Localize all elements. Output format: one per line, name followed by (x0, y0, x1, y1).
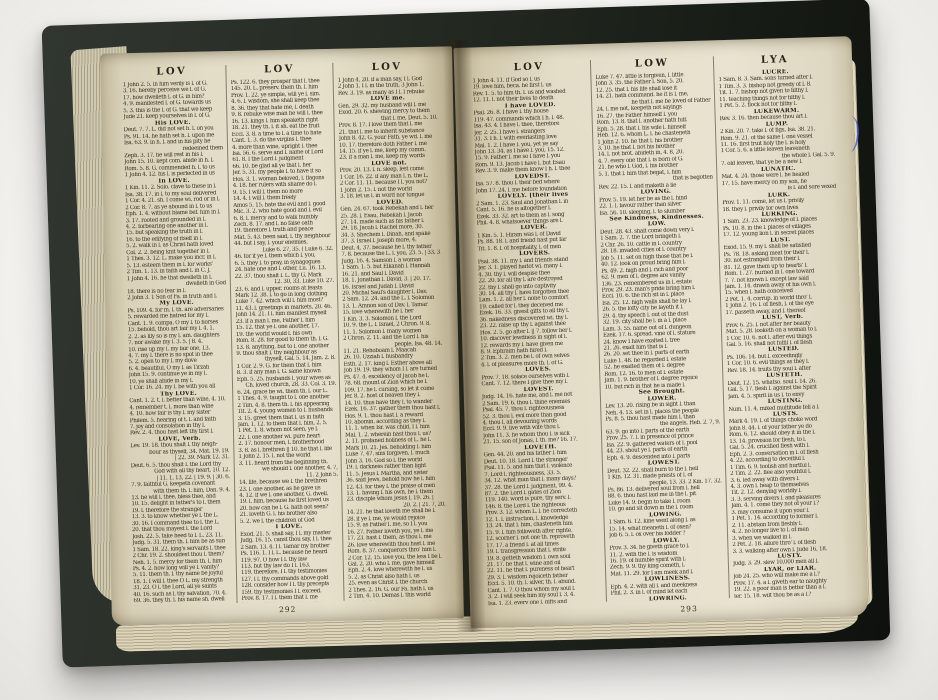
right-page: LOV 1 John 4. 11. if God so l. us19. lov… (453, 36, 868, 628)
text-column: LOW Luke 7. 47. little is forgiven, l. l… (590, 56, 729, 601)
text-column: LOV 1 John 4. 11. if God so l. us19. lov… (468, 60, 606, 605)
text-column: LOV Ps. 122. 6. they prosper that l. the… (225, 63, 344, 603)
guide-word: LYA (718, 53, 832, 67)
guide-word: LOV (338, 61, 437, 74)
left-page-text-area: LOV 1 John 2. 5. in him verily is l. of … (100, 46, 464, 625)
left-page: LOV 1 John 2. 5. in him verily is l. of … (100, 46, 464, 625)
text-column: LOV 1 John 2. 5. in him verily is l. of … (118, 65, 236, 605)
guide-word: LOV (230, 63, 329, 76)
book-photo: LOV 1 John 2. 5. in him verily is l. of … (0, 0, 938, 700)
page-number: 292 (279, 605, 297, 614)
right-page-text-area: LOV 1 John 4. 11. if God so l. us19. lov… (453, 36, 868, 628)
page-number: 293 (680, 604, 698, 614)
text-column: LOV 1 John 4. 20. if a man say, I l. God… (333, 61, 452, 601)
guide-word: LOW (595, 56, 709, 70)
guide-word: LOV (472, 60, 586, 74)
text-column: LYA LUCRE.1 Sam. 8. 3. Sam. sons turned … (713, 53, 852, 598)
guide-word: LOV (122, 65, 221, 78)
